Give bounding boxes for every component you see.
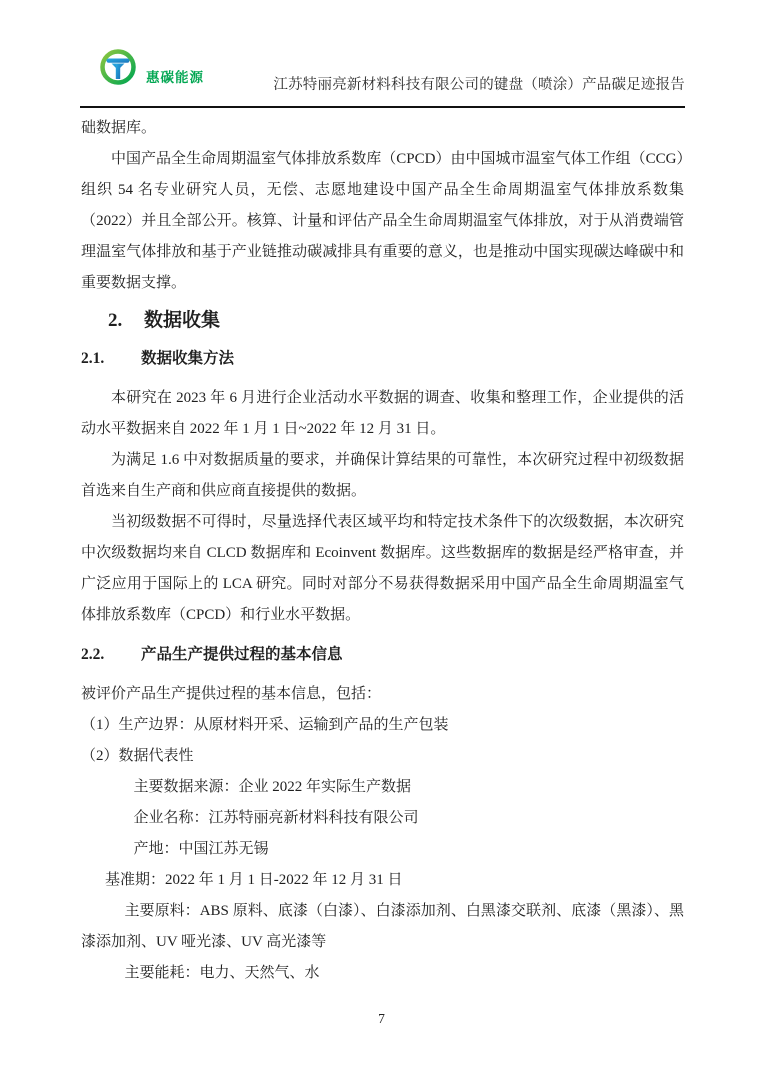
page-number: 7 bbox=[378, 1011, 385, 1026]
header-divider bbox=[80, 106, 685, 108]
detail-data-source: 主要数据来源：企业 2022 年实际生产数据 bbox=[81, 772, 684, 803]
detail-base-period: 基准期：2022 年 1 月 1 日-2022 年 12 月 31 日 bbox=[81, 865, 684, 896]
subsection-heading-method: 2.1.数据收集方法 bbox=[81, 347, 684, 370]
paragraph-secondary-data: 当初级数据不可得时，尽量选择代表区域平均和特定技术条件下的次级数据，本次研究中次… bbox=[81, 507, 684, 631]
page-header: 惠碳能源 江苏特丽亮新材料科技有限公司的键盘（喷涂）产品碳足迹报告 bbox=[80, 44, 685, 106]
detail-origin: 产地：中国江苏无锡 bbox=[81, 834, 684, 865]
paragraph-basic-intro: 被评价产品生产提供过程的基本信息，包括： bbox=[81, 679, 684, 710]
paragraph-continuation: 础数据库。 bbox=[81, 113, 684, 144]
subsection-label: 产品生产提供过程的基本信息 bbox=[141, 646, 343, 663]
paragraph-quality: 为满足 1.6 中对数据质量的要求，并确保计算结果的可靠性，本次研究过程中初级数… bbox=[81, 445, 684, 507]
company-logo-text: 惠碳能源 bbox=[146, 66, 204, 90]
detail-main-energy: 主要能耗：电力、天然气、水 bbox=[81, 958, 684, 989]
section-number: 2. bbox=[108, 308, 144, 334]
document-body: 础数据库。 中国产品全生命周期温室气体排放系数库（CPCD）由中国城市温室气体工… bbox=[81, 113, 684, 989]
subsection-number: 2.1. bbox=[81, 347, 141, 370]
subsection-number: 2.2. bbox=[81, 643, 141, 666]
section-heading-data-collection: 2.数据收集 bbox=[81, 308, 684, 334]
document-page: 惠碳能源 江苏特丽亮新材料科技有限公司的键盘（喷涂）产品碳足迹报告 础数据库。 … bbox=[0, 0, 763, 1080]
list-item-production-boundary: （1）生产边界：从原材料开采、运输到产品的生产包装 bbox=[81, 710, 684, 741]
subsection-heading-basic-info: 2.2.产品生产提供过程的基本信息 bbox=[81, 643, 684, 666]
subsection-label: 数据收集方法 bbox=[141, 350, 234, 367]
company-logo: 惠碳能源 bbox=[98, 46, 204, 90]
report-title: 江苏特丽亮新材料科技有限公司的键盘（喷涂）产品碳足迹报告 bbox=[273, 73, 685, 94]
list-item-data-representativeness: （2）数据代表性 bbox=[81, 741, 684, 772]
section-label: 数据收集 bbox=[144, 310, 220, 331]
detail-main-materials: 主要原料：ABS 原料、底漆（白漆）、白漆添加剂、白黑漆交联剂、底漆（黑漆）、黑… bbox=[81, 896, 684, 958]
green-ring-tree-icon bbox=[98, 46, 138, 90]
paragraph-cpcd: 中国产品全生命周期温室气体排放系数库（CPCD）由中国城市温室气体工作组（CCG… bbox=[81, 144, 684, 299]
page-footer: 7 bbox=[0, 1011, 763, 1027]
detail-company-name: 企业名称：江苏特丽亮新材料科技有限公司 bbox=[81, 803, 684, 834]
paragraph-survey: 本研究在 2023 年 6 月进行企业活动水平数据的调查、收集和整理工作，企业提… bbox=[81, 383, 684, 445]
